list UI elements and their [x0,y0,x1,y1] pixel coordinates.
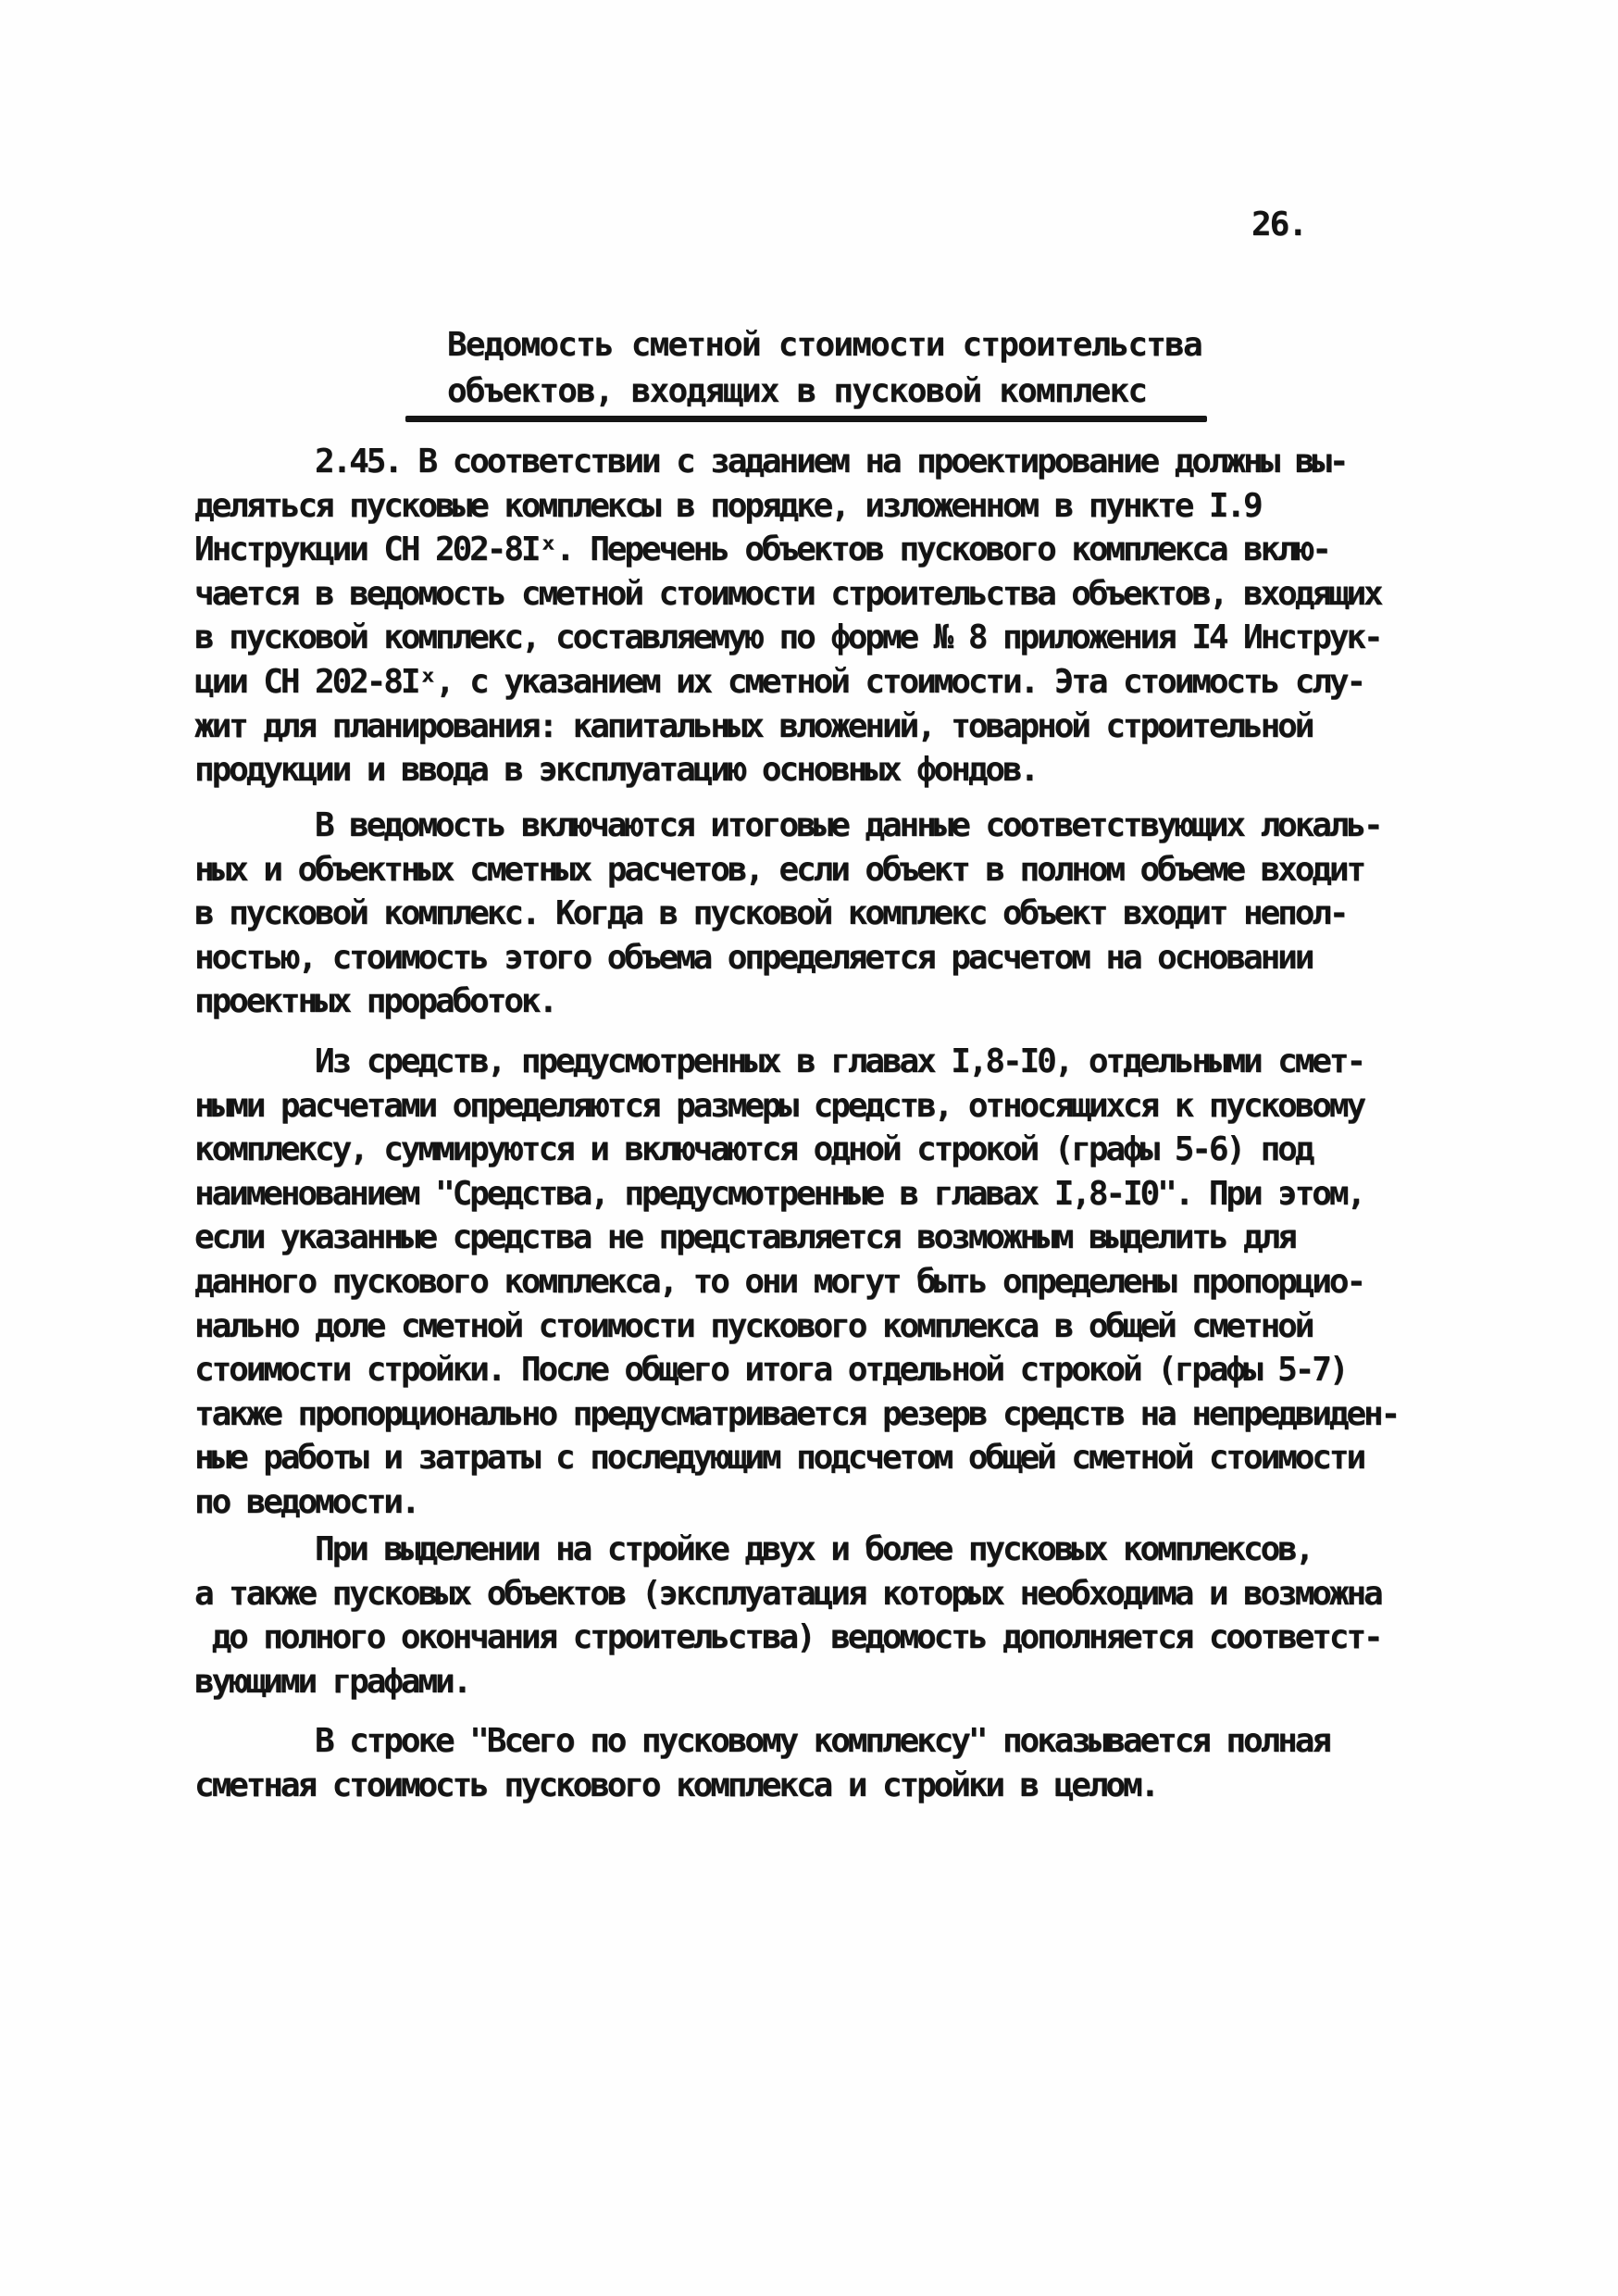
document-page: 26. Ведомость сметной стоимости строител… [0,0,1618,2296]
text-line: В строке "Всего по пусковому комплексу" … [194,1719,1329,1764]
title-underline [405,416,1207,422]
text-line: по ведомости. [194,1480,1398,1525]
document-title: Ведомость сметной стоимости строительств… [447,322,1201,414]
text-line: ными расчетами определяются размеры сред… [194,1084,1398,1129]
text-line: ных и объектных сметных расчетов, если о… [194,848,1381,892]
text-line: вующими графами. [194,1660,1381,1704]
paragraph-vsego: В строке "Всего по пусковому комплексу" … [194,1719,1329,1807]
text-line: проектных проработок. [194,980,1381,1024]
paragraph-vedomost: В ведомость включаются итоговые данные с… [194,804,1381,1024]
text-line: если указанные средства не представляетс… [194,1216,1398,1260]
text-line: Из средств, предусмотренных в главах I,8… [194,1040,1398,1084]
text-line: чается в ведомость сметной стоимости стр… [194,572,1381,617]
text-line: При выделении на стройке двух и более пу… [194,1528,1381,1572]
text-line: сметная стоимость пускового комплекса и … [194,1764,1329,1808]
document-title-line-1: Ведомость сметной стоимости строительств… [447,322,1201,368]
text-line: до полного окончания строительства) ведо… [194,1616,1381,1660]
text-line: ные работы и затраты с последующим подсч… [194,1436,1398,1480]
text-line: наименованием "Средства, предусмотренные… [194,1172,1398,1217]
text-line: в пусковой комплекс. Когда в пусковой ко… [194,892,1381,936]
document-title-line-2: объектов, входящих в пусковой комплекс [447,368,1201,415]
text-line: Инструкции СН 202-8Iˣ. Перечень объектов… [194,528,1381,572]
text-line: ции СН 202-8Iˣ, с указанием их сметной с… [194,660,1381,705]
text-line: комплексу, суммируются и включаются одно… [194,1128,1398,1172]
paragraph-2-45: 2.45. В соответствии с заданием на проек… [194,440,1381,792]
text-line: деляться пусковые комплексы в порядке, и… [194,484,1381,529]
text-line: также пропорционально предусматривается … [194,1392,1398,1437]
paragraph-sredstva: Из средств, предусмотренных в главах I,8… [194,1040,1398,1525]
paragraph-vydelenie: При выделении на стройке двух и более пу… [194,1528,1381,1703]
text-line: данного пускового комплекса, то они могу… [194,1260,1398,1304]
text-line: жит для планирования: капитальных вложен… [194,705,1381,749]
text-line: ностью, стоимость этого объема определяе… [194,936,1381,980]
text-line: нально доле сметной стоимости пускового … [194,1304,1398,1349]
text-line: продукции и ввода в эксплуатацию основны… [194,748,1381,792]
text-line: в пусковой комплекс, составляемую по фор… [194,616,1381,660]
text-line: а также пусковых объектов (эксплуатация … [194,1572,1381,1616]
text-line: 2.45. В соответствии с заданием на проек… [194,440,1381,484]
text-line: В ведомость включаются итоговые данные с… [194,804,1381,848]
page-number: 26. [1251,206,1306,243]
text-line: стоимости стройки. После общего итога от… [194,1348,1398,1392]
